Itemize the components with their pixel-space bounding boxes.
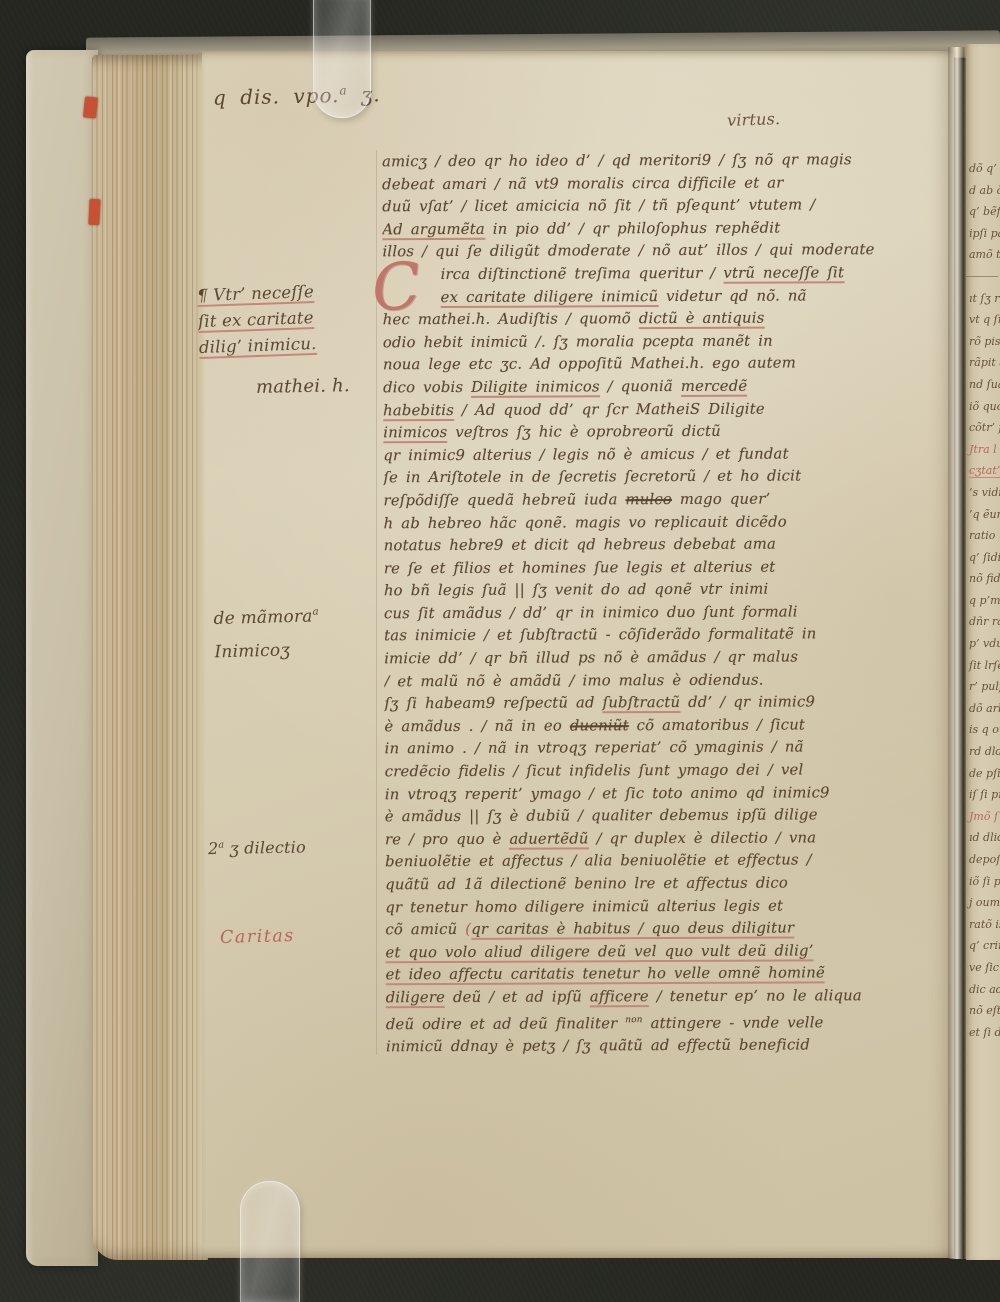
text-segment: ¶ Vtr’ neceſſe [197,282,315,307]
text-segment: tas inimicie / et ſubſtractũ - cõſiderãd… [384,626,816,645]
manuscript-line: reſpõdiſſe quedã hebreũ iuda mulco mago … [383,488,957,513]
margin-note-utrum: ¶ Vtr’ neceſſeſit ex caritatedilig’ inim… [197,279,317,361]
text-segment: q’ ſidi [969,551,1000,564]
text-segment: qr tenetur homo diligere inimicũ alteriu… [385,897,783,916]
text-segment: a [312,607,319,618]
text-segment: reſpõdiſſe quedã hebreũ iuda [384,491,626,509]
text-segment: nõ eſt p [969,1004,1000,1017]
margin-note-line: dilig’ inimicu. [198,331,317,361]
facing-page-fragment: ratõ is [966,914,1000,936]
text-segment: depoſicd [969,853,1000,866]
manuscript-line: / et malũ nõ è amãdũ / imo malus è odien… [384,668,958,693]
text-segment: et quo volo aliud diligere deũ [385,943,626,963]
text-segment: Jtra l [969,443,997,456]
text-segment: ʒ dilectio [224,837,306,857]
text-segment: ſubſtractũ [603,694,681,713]
text-segment: cõtr’ f [969,421,1000,434]
manuscript-line: noua lege etc ʒc. Ad oppoſitũ Mathei.h. … [383,352,957,377]
text-segment: ’q ẽume [969,508,1000,521]
manuscript-line: h ab hebreo hãc qonẽ. magis vo replicaui… [384,510,958,535]
page-stack-fore-edge [92,55,208,1260]
text-segment: in vtroqʒ reperit’ ymago / et ſic toto a… [385,784,830,803]
facing-page-fragment: q’ crime [966,935,1000,957]
text-segment: ex caritate diligere inimicũ [441,288,659,308]
main-text-block: amicʒ / deo qr ho ideo d’ / qd meritori9… [382,149,960,1063]
facing-page-fragment: nd ſua ſ [966,374,1000,396]
manuscript-line: re / pro quo è aduertẽdũ / qr duplex è d… [385,827,959,852]
manuscript-line: è amãdus . / nã in eo dueniũt cõ amatori… [384,714,958,739]
text-segment: amicʒ / deo qr ho ideo d’ / qd meritori9… [382,151,852,170]
facing-page-fragment: dñr ra [966,611,1000,633]
facing-page-fragment: rõ pis f [966,331,1000,353]
text-segment: iõ quo m [969,400,1000,413]
text-segment: d ab õro m [969,184,1000,197]
text-segment: inimicũ ddnay è petʒ / ſʒ quãtũ ad effec… [386,1036,810,1055]
manuscript-line: è amãdus || ſʒ è dubiũ / qualiter debemu… [385,804,959,829]
red-wax-mark [88,199,100,226]
facing-page-fragment: ’q ẽume [966,504,1000,526]
manuscript-line: Ad argumẽta in pio dd’ / qr philoſophus … [382,217,956,242]
text-segment: ’s vidit [969,486,1000,499]
manuscript-line: quãtũ ad 1ã dilectionẽ benino lre et aff… [385,872,959,897]
text-segment: q p’mi [969,594,1000,607]
text-segment: duũ vſat’ / licet amicicia nõ ſit / tñ p… [382,197,815,216]
margin-note-numero: de mãmoraaInimicoʒ [213,596,320,669]
text-segment: rõ pis f [969,335,1000,348]
text-segment: videtur qd nõ. nã [658,287,807,305]
text-segment: iſ ſi pro [969,788,1000,801]
facing-page-fragment: ve ſic ai [966,957,1000,979]
text-segment: Ad argumẽta [382,221,485,240]
text-segment: et ſi de [969,1026,1000,1039]
text-segment: in animo . / nã in vtroqʒ reperiat’ cõ y… [385,739,804,758]
text-segment: p’ vdu [969,637,1000,650]
facing-page-fragment: is q ouq [966,719,1000,741]
facing-page-edge: dõ q’ tẽd ab õro mq’ bẽfaipſi paamõ tñıt… [966,44,1000,1260]
text-segment: amõ tñ [969,248,1000,261]
text-segment: vt q ſr [969,313,1000,326]
facing-page-fragment: rd dld’ [966,741,1000,763]
manuscript-line: diligere deũ / et ad ipſũ afficere / ten… [386,985,960,1010]
manuscript-line: tas inimicie / et ſubſtractũ - cõſiderãd… [384,623,958,648]
text-segment: dic ad q [969,983,1000,996]
facing-page-fragment: de pſied [966,763,1000,785]
text-segment: inimicos [383,424,447,443]
manuscript-line: notatus hebre9 et dicit qd hebreus debeb… [384,533,958,558]
text-segment: noua lege etc ʒc. Ad oppoſitũ Mathei.h. … [383,355,796,374]
facing-page-fragment: iõ quo m [966,396,1000,418]
text-segment: cõ amicũ [385,921,465,938]
text-segment: afficere [590,988,649,1007]
manuscript-line: habebitis / Ad quod dd’ qr ſcr MatheiS D… [383,397,957,422]
manuscript-line: dico vobis Diligite inimicos / quoniã me… [383,375,957,400]
manuscript-line: irca diſtinctionẽ treſima queritur / vtr… [383,262,957,287]
manuscript-line: duũ vſat’ / licet amicicia nõ ſit / tñ p… [382,194,956,219]
facing-page-fragment: q p’mi [966,590,1000,612]
text-segment: ipſi pa [969,227,1000,240]
manuscript-line: debeat amari / nã vt9 moralis circa diff… [382,171,956,196]
text-segment: attingere - vnde velle [643,1014,824,1032]
text-segment: Inimicoʒ [214,640,290,662]
manuscript-line: ſʒ ſi habeam9 reſpectũ ad ſubſtractũ dd’… [384,691,958,716]
text-segment: nõ fide [969,572,1000,585]
text-segment: illos / qui ſe diligũt dmoderate / nõ au… [382,241,874,260]
manuscript-photo: dõ q’ tẽd ab õro mq’ bẽfaipſi paamõ tñıt… [0,0,1000,1302]
text-segment: de pſied [969,767,1000,780]
manuscript-line: in animo . / nã in vtroqʒ reperiat’ cõ y… [385,736,959,761]
facing-page-fragment: nõ eſt p [966,1000,1000,1022]
text-segment: / tenetur ep’ no le aliqua [649,987,862,1005]
facing-page-fragment: cõtr’ f [966,417,1000,439]
text-segment: q’ bẽfa [969,205,1000,218]
facing-page-fragment: j oumo [966,892,1000,914]
plastic-retaining-strip-top [313,0,371,118]
text-segment: dictũ è antiquis [639,310,765,330]
text-segment: Diligite inimicos [471,378,600,398]
facing-page-fragment: et ſi de [966,1022,1000,1044]
margin-note-line: Inimicoʒ [214,633,320,669]
text-segment: / Ad quod dd’ qr ſcr MatheiS Diligite [454,400,765,418]
facing-page-fragment: ratio q’ [966,525,1000,547]
facing-page-fragment: cʒtat’ [966,460,1000,482]
text-segment: is q ouq [969,723,1000,736]
text-segment: aduertẽdũ [509,830,588,849]
text-segment: debeat amari / nã vt9 moralis circa diff… [382,174,783,193]
facing-page-fragment: vt q ſr [966,309,1000,331]
text-segment: ıd dlid’ [969,831,1000,844]
facing-page-fragment: ’s vidit [966,482,1000,504]
manuscript-line: re ſe et filios et homines ſue legis et … [384,555,958,580]
facing-page-fragment: ipſi pa [966,223,1000,245]
facing-page-fragment: iõ ſi puo [966,871,1000,893]
margin-note-line: de mãmoraa [213,596,319,636]
text-segment: è amãdus || ſʒ è dubiũ / qualiter debemu… [385,807,818,826]
facing-page-fragment: amõ tñ [966,244,1000,266]
text-segment: / quoniã [600,378,681,395]
text-segment: deũ odire et ad deũ finaliter [386,1015,626,1033]
text-segment: ho bñ legis ſuã || ſʒ venit do ad qonẽ v… [384,581,769,600]
manuscript-line: et ideo affectu caritatis tenetur ho vel… [386,962,960,987]
text-segment: j oumo [969,896,1000,909]
text-segment: h ab hebreo hãc qonẽ. magis vo replicaui… [384,513,787,532]
facing-page-fragment: Jtra l [966,439,1000,461]
facing-page-fragment: dõ q’ tẽ [966,158,1000,180]
text-segment: dñr ra [969,615,1000,628]
red-wax-mark [83,96,98,118]
manuscript-line: inimicũ ddnay è petʒ / ſʒ quãtũ ad effec… [386,1034,960,1059]
text-segment: Jmõ ſ [969,810,998,823]
text-segment: cus ſit amãdus / dd’ qr in inimico duo ſ… [384,603,798,622]
manuscript-line: illos / qui ſe diligũt dmoderate / nõ au… [382,239,956,264]
text-segment: irca diſtinctionẽ treſima queritur / [441,265,724,283]
facing-page-text-fragments: dõ q’ tẽd ab õro mq’ bẽfaipſi paamõ tñıt… [966,44,1000,1043]
facing-page-fragment: ıd dlid’ [966,827,1000,849]
text-segment: imicie dd’ / qr bñ illud ps nõ è amãdus … [384,649,798,668]
text-segment: mago quer’ [672,490,770,507]
text-segment: odio hebit inimicũ /. ſʒ moralia pcepta … [383,332,773,351]
manuscript-line: ho bñ legis ſuã || ſʒ venit do ad qonẽ v… [384,578,958,603]
facing-page-fragment: q’ ſidi [966,547,1000,569]
text-segment: ve ſic ai [969,961,1000,974]
text-segment: ratio q’ [969,529,1000,542]
text-segment: in pio dd’ / qr philoſophus rephẽdit [485,219,781,237]
text-segment: dilig’ inimicu. [199,334,317,359]
manuscript-line: imicie dd’ / qr bñ illud ps nõ è amãdus … [384,646,958,671]
text-segment: dueniũt [570,717,629,734]
manuscript-line: qr tenetur homo diligere inimicũ alteriu… [385,894,959,919]
facing-page-fragment: depoſicd [966,849,1000,871]
manuscript-line: deũ odire et ad deũ finaliter non atting… [386,1007,960,1036]
text-segment: veſtros ſʒ hic è oprobreorũ dictũ [447,423,720,441]
text-segment: qr inimic9 alterius / legis nõ è amicus … [383,445,788,464]
text-segment: / qr duplex è dilectio / vna [589,829,817,847]
text-segment: dõ q’ tẽ [969,162,1000,175]
text-segment: mulco [625,491,672,508]
text-segment: q’ crime [969,939,1000,952]
text-segment: è amãdus . / nã in eo [384,717,569,735]
plastic-retaining-strip-bottom [240,1181,300,1302]
text-segment: ıt ſʒ r [969,292,999,305]
text-segment: mercedẽ [681,378,748,397]
text-segment: non [625,1015,642,1025]
text-segment: qr caritas è habitus / quo deus diligitu… [471,920,794,940]
running-title: virtus. [727,109,781,130]
text-segment: ſʒ ſi habeam9 reſpectũ ad [384,695,602,713]
text-segment: / et malũ nõ è amãdũ / imo malus è odien… [384,671,763,690]
text-segment: dico vobis [383,379,471,396]
margin-note-line: 2a ʒ dilectio [208,831,306,862]
manuscript-line: beniuolẽtie et affectus / alia beniuolẽt… [385,849,959,874]
facing-page-fragment: rãpit a [966,352,1000,374]
text-segment: vtrũ neceſſe ſit [723,264,844,284]
text-segment: r’ pulſo [969,680,1000,693]
text-segment: rd dld’ [969,745,1000,758]
text-segment: deũ / et ad ipſũ [445,988,590,1006]
margin-note-mathei: mathei. h. [256,373,350,401]
decorated-initial-c: C [369,254,423,322]
manuscript-line: cõ amicũ (qr caritas è habitus / quo deu… [385,917,959,942]
margin-note-caritas: Caritas [220,923,295,951]
parchment-cover-edge [26,50,98,1266]
facing-page-fragment: dic ad q [966,979,1000,1001]
facing-page-fragment: iſ ſi pro [966,784,1000,806]
facing-page-rule [966,266,1000,288]
text-segment: re ſe et filios et homines ſue legis et … [384,558,776,577]
manuscript-line: cus ſit amãdus / dd’ qr in inimico duo ſ… [384,601,958,626]
text-segment: ſit ex caritate [198,308,314,333]
text-segment: dõ arbo [969,702,1000,715]
text-segment: habebitis [383,401,454,420]
manuscript-line: ſe in Ariſtotele in de ſecretis ſecretor… [383,465,957,490]
text-segment: ſit lrſe [969,659,1000,672]
text-segment: re / pro quo è [385,831,510,849]
manuscript-line: in vtroqʒ reperit’ ymago / et ſic toto a… [385,781,959,806]
text-segment: cõ amatoribus / ſicut [629,716,805,734]
text-segment: cʒtat’ [969,464,1000,478]
facing-page-fragment: ſit lrſe [966,655,1000,677]
manuscript-line: odio hebit inimicũ /. ſʒ moralia pcepta … [383,330,957,355]
text-segment: de mãmora [213,606,313,629]
facing-page-fragment: Jmõ ſ [966,806,1000,828]
text-segment: notatus hebre9 et dicit qd hebreus debeb… [384,536,776,555]
text-segment: diligere [386,989,445,1008]
margin-note-dilectio: 2a ʒ dilectio [208,831,306,862]
manuscript-line: amicʒ / deo qr ho ideo d’ / qd meritori9… [382,149,956,174]
text-segment: beniuolẽtie et affectus / alia beniuolẽt… [385,852,812,871]
facing-page-fragment: ıt ſʒ r [966,288,1000,310]
facing-page-fragment: dõ arbo [966,698,1000,720]
text-segment: ratõ is [969,918,1000,931]
text-segment: credẽcio fidelis / ſicut infidelis ſunt … [385,761,804,780]
manuscript-line: et quo volo aliud diligere deũ vel quo v… [385,940,959,965]
text-segment: et ideo affectu caritatis tenetur ho vel… [386,965,825,986]
text-segment: dd’ / qr inimic9 [680,694,815,712]
facing-page-fragment: p’ vdu [966,633,1000,655]
facing-page-fragment: r’ pulſo [966,676,1000,698]
manuscript-line: inimicos veſtros ſʒ hic è oprobreorũ dic… [383,420,957,445]
manuscript-line: hec mathei.h. Audiſtis / quomõ dictũ è a… [383,307,957,332]
text-segment: quãtũ ad 1ã dilectionẽ benino lre et aff… [385,874,788,893]
manuscript-line: credẽcio fidelis / ſicut infidelis ſunt … [385,759,959,784]
text-segment: rãpit a [969,356,1000,369]
manuscript-line: ex caritate diligere inimicũ videtur qd … [383,284,957,309]
text-segment: nd ſua ſ [969,378,1000,391]
facing-page-fragment: nõ fide [966,568,1000,590]
manuscript-line: qr inimic9 alterius / legis nõ è amicus … [383,442,957,467]
text-segment: ( [465,921,471,938]
text-segment: iõ ſi puo [969,875,1000,888]
facing-page-fragment: d ab õro m [966,180,1000,202]
text-segment: vel quo vult deũ dilig’ [626,942,813,962]
facing-page-fragment: q’ bẽfa [966,201,1000,223]
text-segment: ſe in Ariſtotele in de ſecretis ſecretor… [383,468,801,487]
